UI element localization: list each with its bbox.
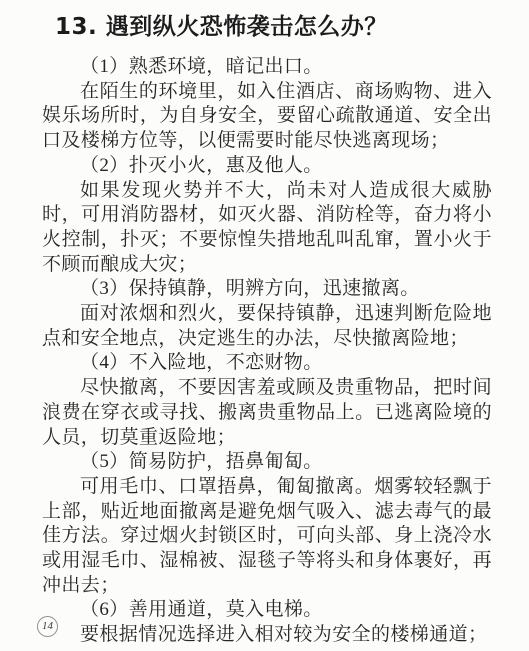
section-body: （1）熟悉环境，暗记出口。 在陌生的环境里，如入住酒店、商场购物、进入娱乐场所时… <box>42 55 492 648</box>
item-1-heading: （1）熟悉环境，暗记出口。 <box>42 55 492 80</box>
book-page: 13. 遇到纵火恐怖袭击怎么办？ （1）熟悉环境，暗记出口。 在陌生的环境里，如… <box>0 0 529 651</box>
item-4-heading: （4）不入险地，不恋财物。 <box>42 351 492 376</box>
item-5-body: 可用毛巾、口罩捂鼻，匍匐撤离。烟雾较轻飘于上部，贴近地面撤离是避免烟气吸入、滤去… <box>42 475 492 599</box>
item-3-body: 面对浓烟和烈火，要保持镇静，迅速判断危险地点和安全地点，决定逃生的办法，尽快撤离… <box>42 302 492 351</box>
page-number-badge: 14 <box>37 616 58 637</box>
section-title: 13. 遇到纵火恐怖袭击怎么办？ <box>55 8 388 41</box>
item-6-heading: （6）善用通道，莫入电梯。 <box>42 598 492 623</box>
item-1-body: 在陌生的环境里，如入住酒店、商场购物、进入娱乐场所时，为自身安全，要留心疏散通道… <box>42 80 492 154</box>
item-2-heading: （2）扑灭小火，惠及他人。 <box>42 154 492 179</box>
page-number: 14 <box>42 621 53 632</box>
item-5-heading: （5）简易防护，捂鼻匍匐。 <box>42 450 492 475</box>
item-3-heading: （3）保持镇静，明辨方向，迅速撤离。 <box>42 277 492 302</box>
item-6-body: 要根据情况选择进入相对较为安全的楼梯通道； <box>42 623 492 648</box>
item-2-body: 如果发现火势并不大，尚未对人造成很大威胁时，可用消防器材，如灭火器、消防栓等，奋… <box>42 179 492 278</box>
item-4-body: 尽快撤离，不要因害羞或顾及贵重物品，把时间浪费在穿衣或寻找、搬离贵重物品上。已逃… <box>42 376 492 450</box>
